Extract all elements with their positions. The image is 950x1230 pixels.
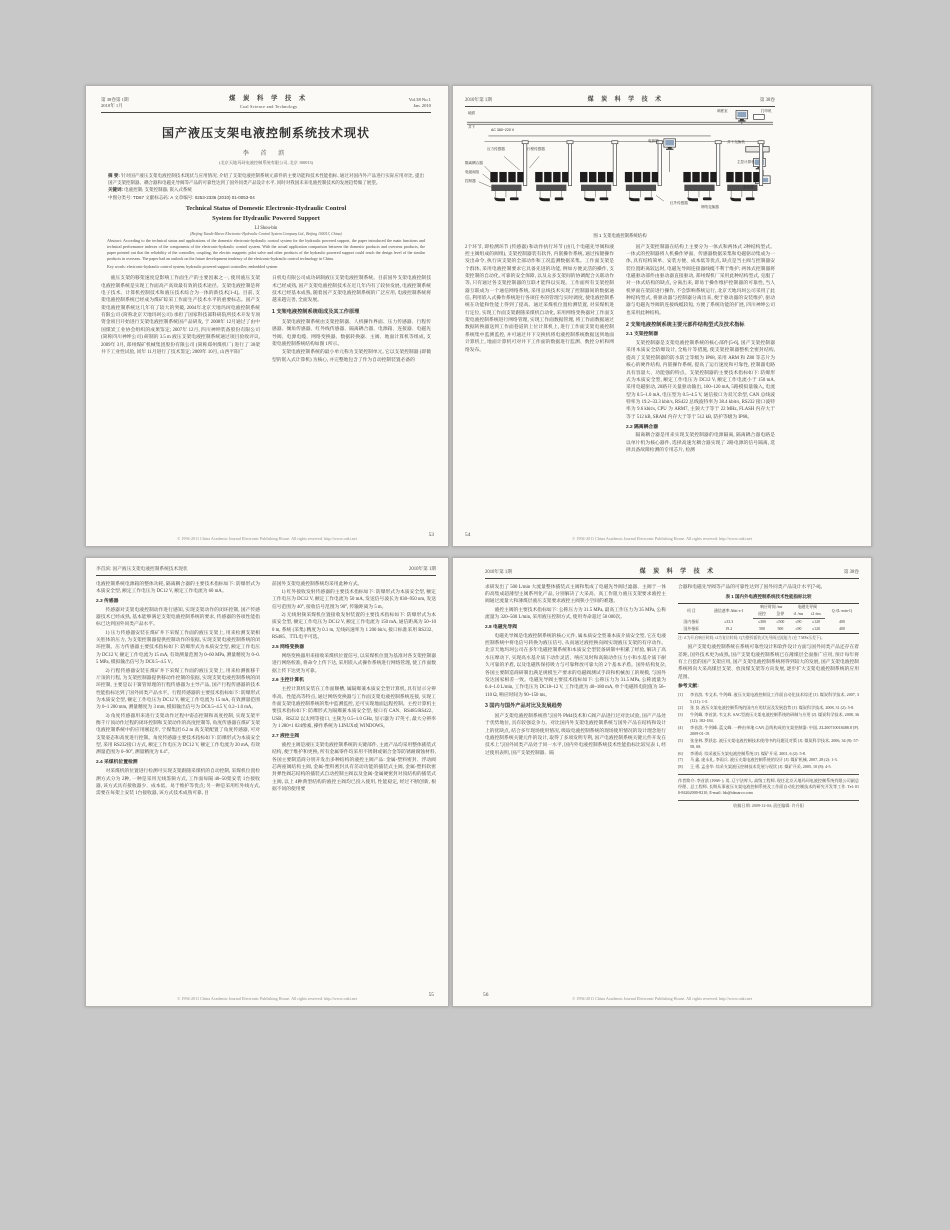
journal-header: 2010年第 1期 煤 炭 科 学 技 术 第 38卷: [485, 566, 859, 579]
journal-header: 2010年第 1期 煤 炭 科 学 技 术 第 38卷: [465, 94, 775, 107]
author-name: 李 首 滨: [101, 148, 431, 157]
header-volume: 第 38卷: [844, 569, 859, 575]
dispatch-computer-icon: [736, 110, 748, 121]
reference-item: [2]张 良. 液压支架电液控制系统的国内应用状况及发展趋势 [J]. 煤炭科学…: [678, 705, 859, 711]
header-issue: 2010年第 1期: [465, 97, 492, 103]
page-53: 第 38卷第 1期2010年 1月 煤 炭 科 学 技 术Coal Scienc…: [85, 85, 449, 547]
subsection-heading: 2.7 液控主阀: [272, 733, 436, 740]
figure-label-ac: AC 380~220 V: [491, 128, 514, 132]
table-row: 国内指标 ≥33.3 ≤300 ≤500 ≤90 ≤120 400: [678, 618, 859, 626]
body-columns: 液压支架的移架速度是影响工作面生产的主要因素之一, 使用液压支架电液控制系统是实…: [101, 275, 431, 365]
author-name-en: LI Shou-bin: [101, 226, 431, 231]
figure-label-stroke-sensor: 行程传感器: [527, 147, 545, 151]
received-date-line: 收稿日期: 2009-12-04; 责任编辑: 许升阳: [678, 800, 859, 810]
reference-item: [5]张金林, 罗跃忠. 液压支架电液控制技术使用中的问题及对策 [J]. 煤炭…: [678, 738, 859, 750]
abstract-label: 摘 要:: [108, 173, 120, 178]
mine-switch-icon: [746, 146, 769, 151]
paragraph: 求研发出了 500 L/min 大流量整体插装式主阀和集成了电磁先导阀过滤器、主…: [485, 584, 666, 606]
paragraph: 电磁先导阀是电液控制系统的核心元件, 属本质安全型兼本质介质安全型, 它在电液控…: [485, 633, 666, 699]
journal-name: 煤 炭 科 学 技 术Coal Science and Technology: [229, 95, 308, 110]
paragraph: 网络变换器用来接收采煤机位置信号, 以采煤机位置为基准对各支架控制器进行网络校准…: [272, 653, 436, 675]
reference-item: [8]王 勇, 孟金华. 综采支架液压控制技术发展与现状 [J]. 煤矿开采, …: [678, 764, 859, 770]
table-header: 电磁先导阀: [790, 603, 825, 611]
section-heading: 3 国内与国外产品对比及发展趋势: [485, 702, 666, 710]
header-volume-issue: 第 38卷第 1期2010年 1月: [101, 97, 129, 110]
page-54: 2010年第 1期 煤 炭 科 学 技 术 第 38卷: [452, 85, 872, 547]
paragraph: 液压支架的移架速度是影响工作面生产的主要因素之一, 使用液压支架电液控制系统是实…: [101, 275, 260, 356]
journal-header: 第 38卷第 1期2010年 1月 煤 炭 科 学 技 术Coal Scienc…: [101, 95, 431, 113]
page-number: 54: [465, 532, 470, 538]
section-heading: 1 支架电液控制系统组成及其工作原理: [272, 308, 431, 316]
table-1-caption: 表 1 国内外电液控制系统技术性能指标比较: [678, 594, 859, 601]
figure-label-pressure-sensor: 压力传感器: [487, 147, 505, 151]
references-heading: 参考文献:: [678, 683, 859, 690]
paragraph: 传感器对支架电液控制动作进行感知, 实现支架动作的闭环控制, 国产传感器技术已经…: [96, 607, 260, 629]
body-columns: 求研发出了 500 L/min 大流量整体插装式主阀和集成了电磁先导阀过滤器、主…: [485, 584, 859, 810]
document-canvas: 第 38卷第 1期2010年 1月 煤 炭 科 学 技 术Coal Scienc…: [0, 0, 950, 1230]
paragraph: 1) 红外接收发射传感器的主要技术指标如下: 防爆形式为本质安全型, 额定工作电…: [272, 589, 436, 611]
references-list: [1]李首滨, 韦文术, 牛剑峰. 液压支架电液控制及工作面自动化技术综述 [J…: [678, 692, 859, 770]
paragraph: 合器和电磁先导阀等产品的可靠性达到了国外同类产品设计水平[7-8]。: [678, 584, 859, 591]
reference-item: [4]李首滨, 牛剑峰, 蓝文峰. 一种由单地 CAN 总线构成的支架控制器: …: [678, 725, 859, 737]
paragraph: 国产支架电液控制系统曾与国外 PM4技术和 C阀产品进行过对比试验, 国产产品处…: [485, 713, 666, 757]
paragraph: 2) 行程传感器安装在煤矿井下采煤工作面的液压支架上, 用来检测推移千斤顶的行程…: [96, 668, 260, 712]
reference-item: [7]马 鑫, 庞永礼, 李雨兵. 液压支架电液控制系统的设计 [J]. 煤矿机…: [678, 757, 859, 763]
running-title: 李首滨: 国产液压支架电液控制系统技术现状: [96, 566, 188, 572]
figure-label-mine-switch: 井下交换机: [727, 140, 745, 144]
figure-label-infrared-sensor: 红外传感器: [670, 201, 688, 205]
subsection-heading: 2.6 主控计算机: [272, 677, 436, 684]
figure-label-dispatch: 调度室: [717, 109, 728, 113]
table-header: Q /(L·min-1): [825, 603, 859, 618]
abstract-en: Abstract: According to the technical sta…: [107, 238, 425, 263]
left-column: 求研发出了 500 L/min 大流量整体插装式主阀和集成了电磁先导阀过滤器、主…: [485, 584, 666, 810]
table-header: t1 /ms: [790, 611, 808, 619]
reference-item: [6]李勇成. 综采液压支架电液控制系统 [J]. 煤矿开采, 2001, 6 …: [678, 751, 859, 757]
subsection-heading: 2.2 隔离耦合器: [626, 424, 775, 431]
body-columns: 2个环节, 即检测环节 (传感器) 和动作执行环节 (由几个电磁先导阀和液控主阀…: [465, 244, 775, 456]
subsection-heading: 2.1 支架控制器: [626, 331, 775, 338]
power-box-monitor-icon: [664, 138, 676, 149]
right-column: 日机电有限公司成功研制液压支架电液控制系统。目前国外支架电液控制技术已经成熟, …: [272, 275, 431, 365]
table-header: 项 目: [678, 603, 705, 618]
page-55: 李首滨: 国产液压支架电液控制系统技术现状 2010年第 1期 电液控制系统电源…: [85, 557, 449, 1007]
paragraph: 日机电有限公司成功研制液压支架电液控制系统。目前国外支架电液控制技术已经成熟, …: [272, 275, 431, 304]
right-column: 合器和电磁先导阀等产品的可靠性达到了国外同类产品设计水平[7-8]。 表 1 国…: [678, 584, 859, 810]
page-number: 56: [483, 992, 488, 998]
table-row: 国外指标 19.2 500 500 ≤90 ≤120 400: [678, 626, 859, 634]
header-issue: 2010年第 1期: [485, 569, 512, 575]
paragraph: 支架电液控制系统的最小单元称为支架控制单元, 它以支架控制器 (即微型的嵌入式计…: [272, 349, 431, 364]
paper-title: 国产液压支架电液控制系统技术现状: [101, 124, 431, 141]
figure-label-coupler: 隔离耦合器: [465, 161, 483, 165]
journal-name: 煤 炭 科 学 技 术: [640, 566, 717, 575]
left-column: 电液控制系统电源箱的整体功耗, 隔离耦合器的主要技术指标如下: 防爆形式为本质安…: [96, 581, 260, 799]
table-header: 通信速率 /kbit·s-1: [705, 603, 753, 618]
table-header: 遥控: [753, 611, 771, 619]
author-biography: 作者简介: 李首滨 (1968- ), 男, 辽宁法库人, 高级工程师, 现任北…: [678, 774, 859, 797]
figure-label-host-computer: 主控计算机: [737, 160, 755, 164]
header-volume: 第 38卷: [760, 97, 775, 103]
paragraph: 前国外支架电液控制系统均采用此种方式。: [272, 581, 436, 588]
subsection-heading: 2.3 传感器: [96, 598, 260, 605]
right-column: 前国外支架电液控制系统均采用此种方式。 1) 红外接收发射传感器的主要技术指标如…: [272, 581, 436, 799]
page-number: 53: [429, 532, 434, 538]
paragraph: 液控主阀是液压支架电液控制系统的关键部件, 主流产品均采用整体插装式结构, 便于…: [272, 742, 436, 794]
left-column: 液压支架的移架速度是影响工作面生产的主要因素之一, 使用液压支架电液控制系统是实…: [101, 275, 260, 365]
table-1-comparison: 项 目 通信速率 /kbit·s-1 响应时间 /ms 电磁先导阀 Q /(L·…: [678, 603, 859, 634]
subsection-heading: 2.8 电磁先导阀: [485, 624, 666, 631]
table-header: 急停: [771, 611, 789, 619]
copyright-footer: © 1994-2011 China Academic Journal Elect…: [465, 996, 859, 1001]
figure-label-printer: 打印机: [761, 109, 772, 113]
paragraph: 国产支架控制器在结构上主要分为一体式和两体式 2种结构型式。一体式的控制器将人机…: [626, 244, 775, 318]
paragraph: 支架电液控制系统由支架控制器、人机操作界面、压力传感器、行程传感器、倾角传感器、…: [272, 319, 431, 348]
subsection-heading: 2.4 采煤机位置检测: [96, 759, 260, 766]
journal-name: 煤 炭 科 学 技 术: [588, 94, 665, 103]
reference-item: [1]李首滨, 韦文术, 牛剑峰. 液压支架电液控制及工作面自动化技术综述 [J…: [678, 692, 859, 704]
subsection-heading: 2.5 网络变换器: [272, 644, 436, 651]
table-header: t2 /ms: [807, 611, 825, 619]
reference-item: [3]牛剑峰, 李首滨, 韦文术. SAC型液压支架电液控制系统的研制与应用 […: [678, 712, 859, 724]
paragraph: 1) 压力传感器安装在煤矿井下采煤工作面的液压支架上, 用来检测支架相关腔体的压…: [96, 630, 260, 667]
paragraph: 国产支架电液控制系统在系统可靠性设计和软件设计方面与国外同类产品还存在着差距, …: [678, 644, 859, 681]
paragraph: 3) 角度传感器用来进行支架动作过程中姿态控制和高度控制, 实现支架平衡千斤顶动…: [96, 713, 260, 757]
running-header: 李首滨: 国产液压支架电液控制系统技术现状 2010年第 1期: [96, 566, 436, 576]
header-issue: 2010年第 1期: [409, 566, 436, 572]
keywords-en: Key words: electronic-hydraulic control …: [107, 264, 425, 270]
figure-label-ground: 地面: [468, 111, 475, 115]
paragraph: 2) 无线射频采煤机位置接收发射装置的主要技术指标如下: 防爆形式为本质安全型,…: [272, 612, 436, 641]
paragraph: 主控计算机安装在工作面顺槽, 属隔爆兼本质安全型计算机, 具有显示分辨率高、性能…: [272, 686, 436, 730]
paragraph: 2个环节, 即检测环节 (传感器) 和动作执行环节 (由几个电磁先导阀和液控主阀…: [465, 244, 614, 354]
figure-label-controller: 控制器: [465, 179, 476, 183]
body-columns: 电液控制系统电源箱的整体功耗, 隔离耦合器的主要技术指标如下: 防爆形式为本质安…: [96, 581, 436, 799]
figure-label-underground: 井下: [468, 125, 475, 129]
table-note: 注: t1为开启响应时间; t2为复位时间; Q为整拆插装式先导阀过流能力 (在…: [678, 636, 859, 642]
right-column: 国产支架控制器在结构上主要分为一体式和两体式 2种结构型式。一体式的控制器将人机…: [626, 244, 775, 456]
left-column: 2个环节, 即检测环节 (传感器) 和动作执行环节 (由几个电磁先导阀和液控主阀…: [465, 244, 614, 456]
figure-label-network-converter: 网络变换器: [701, 205, 719, 209]
figure-1-caption: 图 1 支架电液控制系统结构: [465, 233, 775, 239]
clc-line: 中图分类号: TD67 文献标志码: A 文章编号: 0253-2336 (20…: [108, 195, 424, 201]
paragraph: 液控主阀的主要技术指标如下: 公称压力为 31.5 MPa, 最高工作压力为 3…: [485, 607, 666, 622]
paragraph: 对采煤机的位置进行检测可实现支架跟随采煤机的自动控制, 采煤机位置检测方式分为 …: [96, 768, 260, 797]
page-number: 55: [429, 992, 434, 998]
author-affiliation-en: (Beijing Tiandi-Marco Electronic-Hydraul…: [101, 232, 431, 236]
printer-icon: [754, 114, 765, 119]
page-56: 2010年第 1期 煤 炭 科 学 技 术 第 38卷 求研发出了 500 L/…: [452, 557, 872, 1007]
figure-label-monitor: 监视器: [743, 185, 754, 189]
table-header: 响应时间 /ms: [753, 603, 790, 611]
copyright-footer: © 1994-2011 China Academic Journal Elect…: [98, 996, 436, 1001]
figure-label-power-box: 电源箱: [648, 139, 659, 143]
section-heading: 2 支架电液控制系统主要元部件结构型式及技术指标: [626, 321, 775, 329]
paragraph: 电液控制系统电源箱的整体功耗, 隔离耦合器的主要技术指标如下: 防爆形式为本质安…: [96, 581, 260, 596]
figure-label-valve-group: 电磁阀组: [465, 170, 479, 174]
figure-1-system-diagram: 地面 井下 AC 380~220 V 调度室 打印机 压力传感器 行程传感器 隔…: [465, 110, 775, 232]
paragraph: 支架控制器是支架电液控制系统的核心部件[5-6], 国产支架控制器采用本质安全防…: [626, 340, 775, 421]
paragraph: 隔离耦合器是用来实现支架控制器的电源隔离, 隔离耦合器电路是以单片机为核心器件,…: [626, 432, 775, 454]
keywords-cn: 关键词: 电液控制; 支架控制器; 嵌入式系统: [108, 186, 424, 193]
header-vol-no: Vol.38 No.1Jan. 2010: [409, 97, 431, 110]
copyright-footer: © 1994-2011 China Academic Journal Elect…: [465, 536, 859, 541]
keywords-label: 关键词:: [108, 187, 123, 192]
abstract-cn: 摘 要: 针对国产液压支架电液控制技术现状与应用情况, 介绍了支架电液控制系统元…: [108, 172, 424, 186]
copyright-footer: © 1994-2011 China Academic Journal Elect…: [98, 536, 436, 541]
author-affiliation: (北京天地玛珂电液控制系统有限公司, 北京 100013): [101, 160, 431, 166]
paper-title-en: Technical Status of Domestic Electronic-…: [101, 204, 431, 223]
